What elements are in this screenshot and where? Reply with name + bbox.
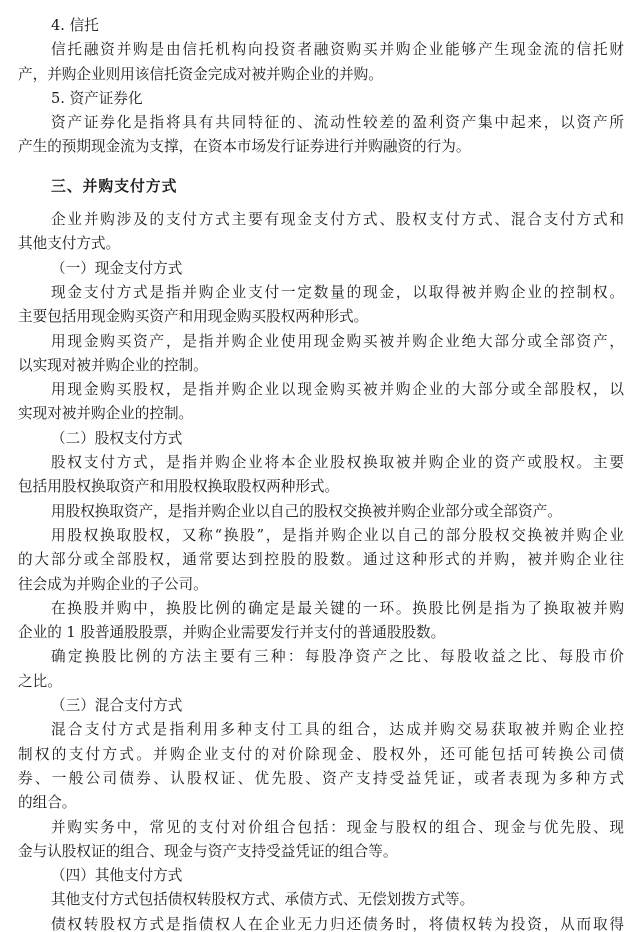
subheading-mixed-payment: （三）混合支付方式 — [18, 694, 624, 718]
paragraph-line: 实现对被并购企业的控制。 — [18, 402, 624, 426]
document-page: 4. 信托 信托融资并购是由信托机构向投资者融资购买并购企业能够产生现金流的信托… — [18, 14, 624, 932]
paragraph-line: 以实现对被并购企业的控制。 — [18, 354, 624, 378]
paragraph-line: 股权支付方式，是指并购企业将本企业股权换取被并购企业的资产或股权。主要 — [18, 451, 624, 475]
paragraph-line: 的大部分或全部股权，通常要达到控股的股数。通过这种形式的并购，被并购企业往 — [18, 548, 624, 572]
paragraph-equity-for-equity: 用股权换取股权，又称“换股”，是指并购企业以自己的部分股权交换被并购企业 的大部… — [18, 524, 624, 597]
paragraph-line: 主要包括用现金购买资产和用现金购买股权两种形式。 — [18, 305, 624, 329]
paragraph-line: 其他支付方式包括债权转股权方式、承债方式、无偿划拨方式等。 — [18, 888, 624, 912]
paragraph-cash-buy-equity: 用现金购买股权，是指并购企业以现金购买被并购企业的大部分或全部股权，以 实现对被… — [18, 378, 624, 427]
paragraph-line: 的组合。 — [18, 791, 624, 815]
paragraph-line: 资产证券化是指将具有共同特征的、流动性较差的盈利资产集中起来，以资产所 — [18, 111, 624, 135]
paragraph-line: 用股权换取股权，又称“换股”，是指并购企业以自己的部分股权交换被并购企业 — [18, 524, 624, 548]
paragraph-mixed-combinations: 并购实务中，常见的支付对价组合包括：现金与股权的组合、现金与优先股、现 金与认股… — [18, 816, 624, 865]
paragraph-line: 用现金购买股权，是指并购企业以现金购买被并购企业的大部分或全部股权，以 — [18, 378, 624, 402]
paragraph-line: 其他支付方式。 — [18, 232, 624, 256]
subheading-other-payment: （四）其他支付方式 — [18, 864, 624, 888]
paragraph-line: 用股权换取资产，是指并购企业以自己的股权交换被并购企业部分或全部资产。 — [18, 500, 624, 524]
paragraph-debt-to-equity: 债权转股权方式是指债权人在企业无力归还债务时，将债权转为投资，从而取得 — [18, 913, 624, 932]
paragraph-line: 产生的预期现金流为支撑，在资本市场发行证券进行并购融资的行为。 — [18, 135, 624, 159]
paragraph-payment-intro: 企业并购涉及的支付方式主要有现金支付方式、股权支付方式、混合支付方式和 其他支付… — [18, 208, 624, 257]
paragraph-line: 包括用股权换取资产和用股权换取股权两种形式。 — [18, 475, 624, 499]
paragraph-equity-definition: 股权支付方式，是指并购企业将本企业股权换取被并购企业的资产或股权。主要 包括用股… — [18, 451, 624, 500]
subheading-securitization: 5. 资产证券化 — [18, 87, 624, 111]
paragraph-line: 往会成为并购企业的子公司。 — [18, 573, 624, 597]
paragraph-line: 并购实务中，常见的支付对价组合包括：现金与股权的组合、现金与优先股、现 — [18, 816, 624, 840]
paragraph-line: 在换股并购中，换股比例的确定是最关键的一环。换股比例是指为了换取被并购 — [18, 597, 624, 621]
paragraph-exchange-ratio: 在换股并购中，换股比例的确定是最关键的一环。换股比例是指为了换取被并购 企业的 … — [18, 597, 624, 646]
paragraph-line: 用现金购买资产，是指并购企业使用现金购买被并购企业绝大部分或全部资产， — [18, 330, 624, 354]
paragraph-ratio-methods: 确定换股比例的方法主要有三种：每股净资产之比、每股收益之比、每股市价 之比。 — [18, 645, 624, 694]
paragraph-cash-definition: 现金支付方式是指并购企业支付一定数量的现金，以取得被并购企业的控制权。 主要包括… — [18, 281, 624, 330]
paragraph-trust: 信托融资并购是由信托机构向投资者融资购买并购企业能够产生现金流的信托财 产，并购… — [18, 38, 624, 87]
section-heading-payment-methods: 三、并购支付方式 — [18, 175, 624, 199]
paragraph-line: 之比。 — [18, 670, 624, 694]
subheading-cash-payment: （一）现金支付方式 — [18, 257, 624, 281]
paragraph-line: 信托融资并购是由信托机构向投资者融资购买并购企业能够产生现金流的信托财 — [18, 38, 624, 62]
paragraph-line: 确定换股比例的方法主要有三种：每股净资产之比、每股收益之比、每股市价 — [18, 645, 624, 669]
paragraph-line: 现金支付方式是指并购企业支付一定数量的现金，以取得被并购企业的控制权。 — [18, 281, 624, 305]
paragraph-line: 混合支付方式是指利用多种支付工具的组合，达成并购交易获取被并购企业控 — [18, 718, 624, 742]
paragraph-mixed-definition: 混合支付方式是指利用多种支付工具的组合，达成并购交易获取被并购企业控 制权的支付… — [18, 718, 624, 815]
paragraph-cash-buy-assets: 用现金购买资产，是指并购企业使用现金购买被并购企业绝大部分或全部资产， 以实现对… — [18, 330, 624, 379]
subheading-trust: 4. 信托 — [18, 14, 624, 38]
paragraph-line: 企业并购涉及的支付方式主要有现金支付方式、股权支付方式、混合支付方式和 — [18, 208, 624, 232]
paragraph-securitization: 资产证券化是指将具有共同特征的、流动性较差的盈利资产集中起来，以资产所 产生的预… — [18, 111, 624, 160]
paragraph-line: 制权的支付方式。并购企业支付的对价除现金、股权外，还可能包括可转换公司债 — [18, 743, 624, 767]
paragraph-line: 企业的 1 股普通股股票，并购企业需要发行并支付的普通股股数。 — [18, 621, 624, 645]
paragraph-equity-for-assets: 用股权换取资产，是指并购企业以自己的股权交换被并购企业部分或全部资产。 — [18, 500, 624, 524]
paragraph-line: 债权转股权方式是指债权人在企业无力归还债务时，将债权转为投资，从而取得 — [18, 913, 624, 932]
paragraph-line: 产，并购企业则用该信托资金完成对被并购企业的并购。 — [18, 63, 624, 87]
paragraph-line: 金与认股权证的组合、现金与资产支持受益凭证的组合等。 — [18, 840, 624, 864]
paragraph-other-definition: 其他支付方式包括债权转股权方式、承债方式、无偿划拨方式等。 — [18, 888, 624, 912]
paragraph-line: 券、一般公司债券、认股权证、优先股、资产支持受益凭证，或者表现为多种方式 — [18, 767, 624, 791]
subheading-equity-payment: （二）股权支付方式 — [18, 427, 624, 451]
